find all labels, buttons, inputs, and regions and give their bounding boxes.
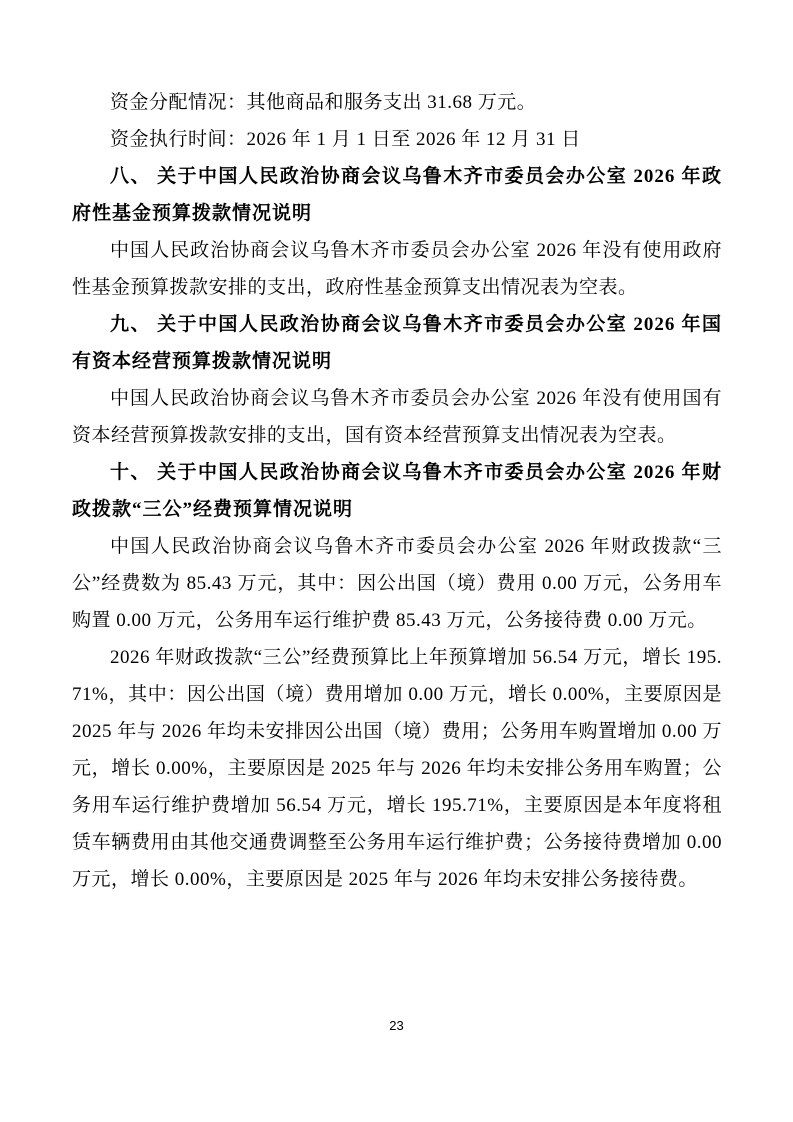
section-10-paragraph-2: 2026 年财政拨款“三公”经费预算比上年预算增加 56.54 万元，增长 19… <box>72 639 722 898</box>
section-heading-9: 九、 关于中国人民政治协商会议乌鲁木齐市委员会办公室 2026 年国有资本经营预… <box>72 306 722 380</box>
section-9-paragraph: 中国人民政治协商会议乌鲁木齐市委员会办公室 2026 年没有使用国有资本经营预算… <box>72 380 722 454</box>
section-heading-8: 八、 关于中国人民政治协商会议乌鲁木齐市委员会办公室 2026 年政府性基金预算… <box>72 158 722 232</box>
section-8-paragraph: 中国人民政治协商会议乌鲁木齐市委员会办公室 2026 年没有使用政府性基金预算拨… <box>72 232 722 306</box>
document-body: 资金分配情况：其他商品和服务支出 31.68 万元。 资金执行时间：2026 年… <box>72 84 722 898</box>
paragraph-funds-execution-time: 资金执行时间：2026 年 1 月 1 日至 2026 年 12 月 31 日 <box>72 121 722 158</box>
document-page: 资金分配情况：其他商品和服务支出 31.68 万元。 资金执行时间：2026 年… <box>0 0 793 1122</box>
paragraph-funds-allocation: 资金分配情况：其他商品和服务支出 31.68 万元。 <box>72 84 722 121</box>
section-10-paragraph-1: 中国人民政治协商会议乌鲁木齐市委员会办公室 2026 年财政拨款“三公”经费数为… <box>72 528 722 639</box>
page-number: 23 <box>0 1018 793 1033</box>
section-heading-10: 十、 关于中国人民政治协商会议乌鲁木齐市委员会办公室 2026 年财政拨款“三公… <box>72 454 722 528</box>
